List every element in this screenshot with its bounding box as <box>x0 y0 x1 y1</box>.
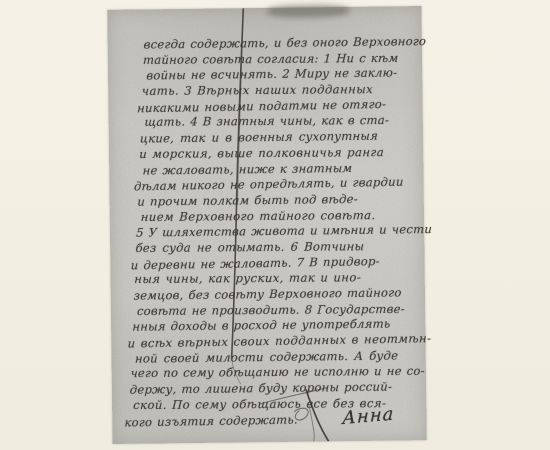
manuscript-photo: всегда содержать, и без оного Верховного… <box>107 6 426 444</box>
manuscript-line: совѣта не производить. 8 Государстве- <box>137 302 414 320</box>
anna-signature: Анна <box>342 404 394 429</box>
manuscript-line: ныя чины, как руских, так и ино- <box>134 270 415 288</box>
book-page-background: всегда содержать, и без оного Верховного… <box>0 0 550 450</box>
archival-smudge <box>267 4 349 18</box>
manuscript-line: чего по сему обѣщанию не исполню и не со… <box>130 364 411 382</box>
manuscript-text: всегда содержать, и без оного Верховного… <box>128 34 424 430</box>
manuscript-line: и морския, выше полковничья ранга <box>139 145 420 163</box>
manuscript-line: нием Верховного тайного совѣта. <box>140 207 417 225</box>
manuscript-line: щать. 4 В знатныя чины, как в ста- <box>144 113 421 131</box>
manuscript-line: тайного совѣта согласия: 1 Ни с кѣм <box>143 50 424 68</box>
